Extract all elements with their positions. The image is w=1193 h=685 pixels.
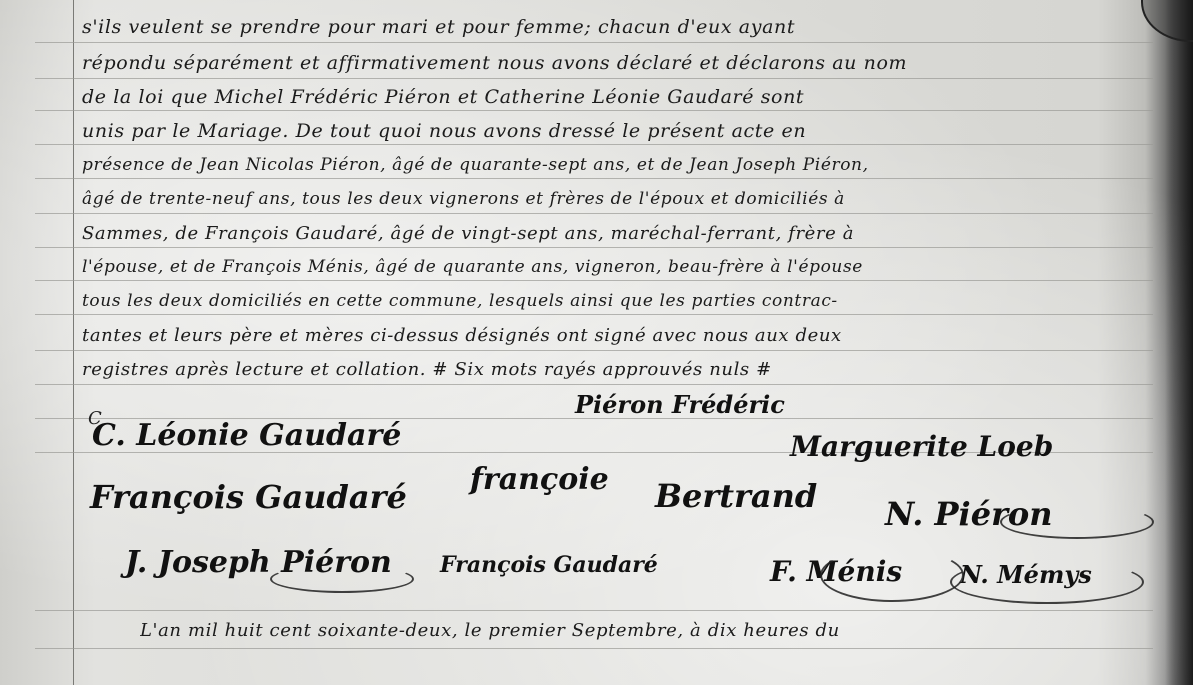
ruled-line (35, 110, 1153, 111)
ruled-line (35, 247, 1153, 248)
body-line: répondu séparément et affirmativement no… (82, 52, 1145, 74)
ruled-line (35, 144, 1153, 145)
body-line: s'ils veulent se prendre pour mari et po… (82, 16, 1145, 38)
body-line: de la loi que Michel Frédéric Piéron et … (82, 86, 1145, 108)
signature-witness: François Gaudaré (90, 478, 407, 516)
ruled-line (35, 314, 1153, 315)
signature-witness: Bertrand (655, 477, 817, 515)
page-binding-shadow (1165, 0, 1193, 685)
body-line: registres après lecture et collation. # … (82, 359, 1145, 380)
ruled-line (35, 213, 1153, 214)
body-line: tantes et leurs père et mères ci-dessus … (82, 325, 1145, 346)
body-line: tous les deux domiciliés en cette commun… (82, 291, 1145, 311)
body-line: âgé de trente-neuf ans, tous les deux vi… (82, 189, 1145, 209)
ruled-line (35, 280, 1153, 281)
page-corner-curl (1141, 0, 1193, 42)
signature-flourish (950, 560, 1144, 604)
signature-flourish (820, 548, 964, 602)
ruled-line (35, 78, 1153, 79)
signature-bride: C. Léonie Gaudaré (92, 418, 401, 453)
ruled-line (35, 350, 1153, 351)
signature-witness: Marguerite Loeb (790, 430, 1053, 463)
register-page: s'ils veulent se prendre pour mari et po… (0, 0, 1193, 685)
body-line: présence de Jean Nicolas Piéron, âgé de … (82, 155, 1145, 175)
signature-flourish (1000, 505, 1154, 539)
body-line: Sammes, de François Gaudaré, âgé de ving… (82, 223, 1145, 244)
next-entry-line: L'an mil huit cent soixante-deux, le pre… (140, 620, 1145, 641)
ruled-line (35, 42, 1153, 43)
ruled-line (35, 384, 1153, 385)
ruled-line (35, 610, 1153, 611)
signature-witness: françoie (470, 462, 609, 497)
signature-flourish (270, 565, 414, 593)
body-line: unis par le Mariage. De tout quoi nous a… (82, 120, 1145, 142)
ruled-line (35, 178, 1153, 179)
margin-mark: C (88, 408, 102, 429)
margin-rule (73, 0, 74, 685)
ruled-line (35, 648, 1153, 649)
signature-witness: François Gaudaré (440, 552, 658, 578)
signature-groom: Piéron Frédéric (575, 390, 785, 419)
body-line: l'épouse, et de François Ménis, âgé de q… (82, 257, 1145, 277)
